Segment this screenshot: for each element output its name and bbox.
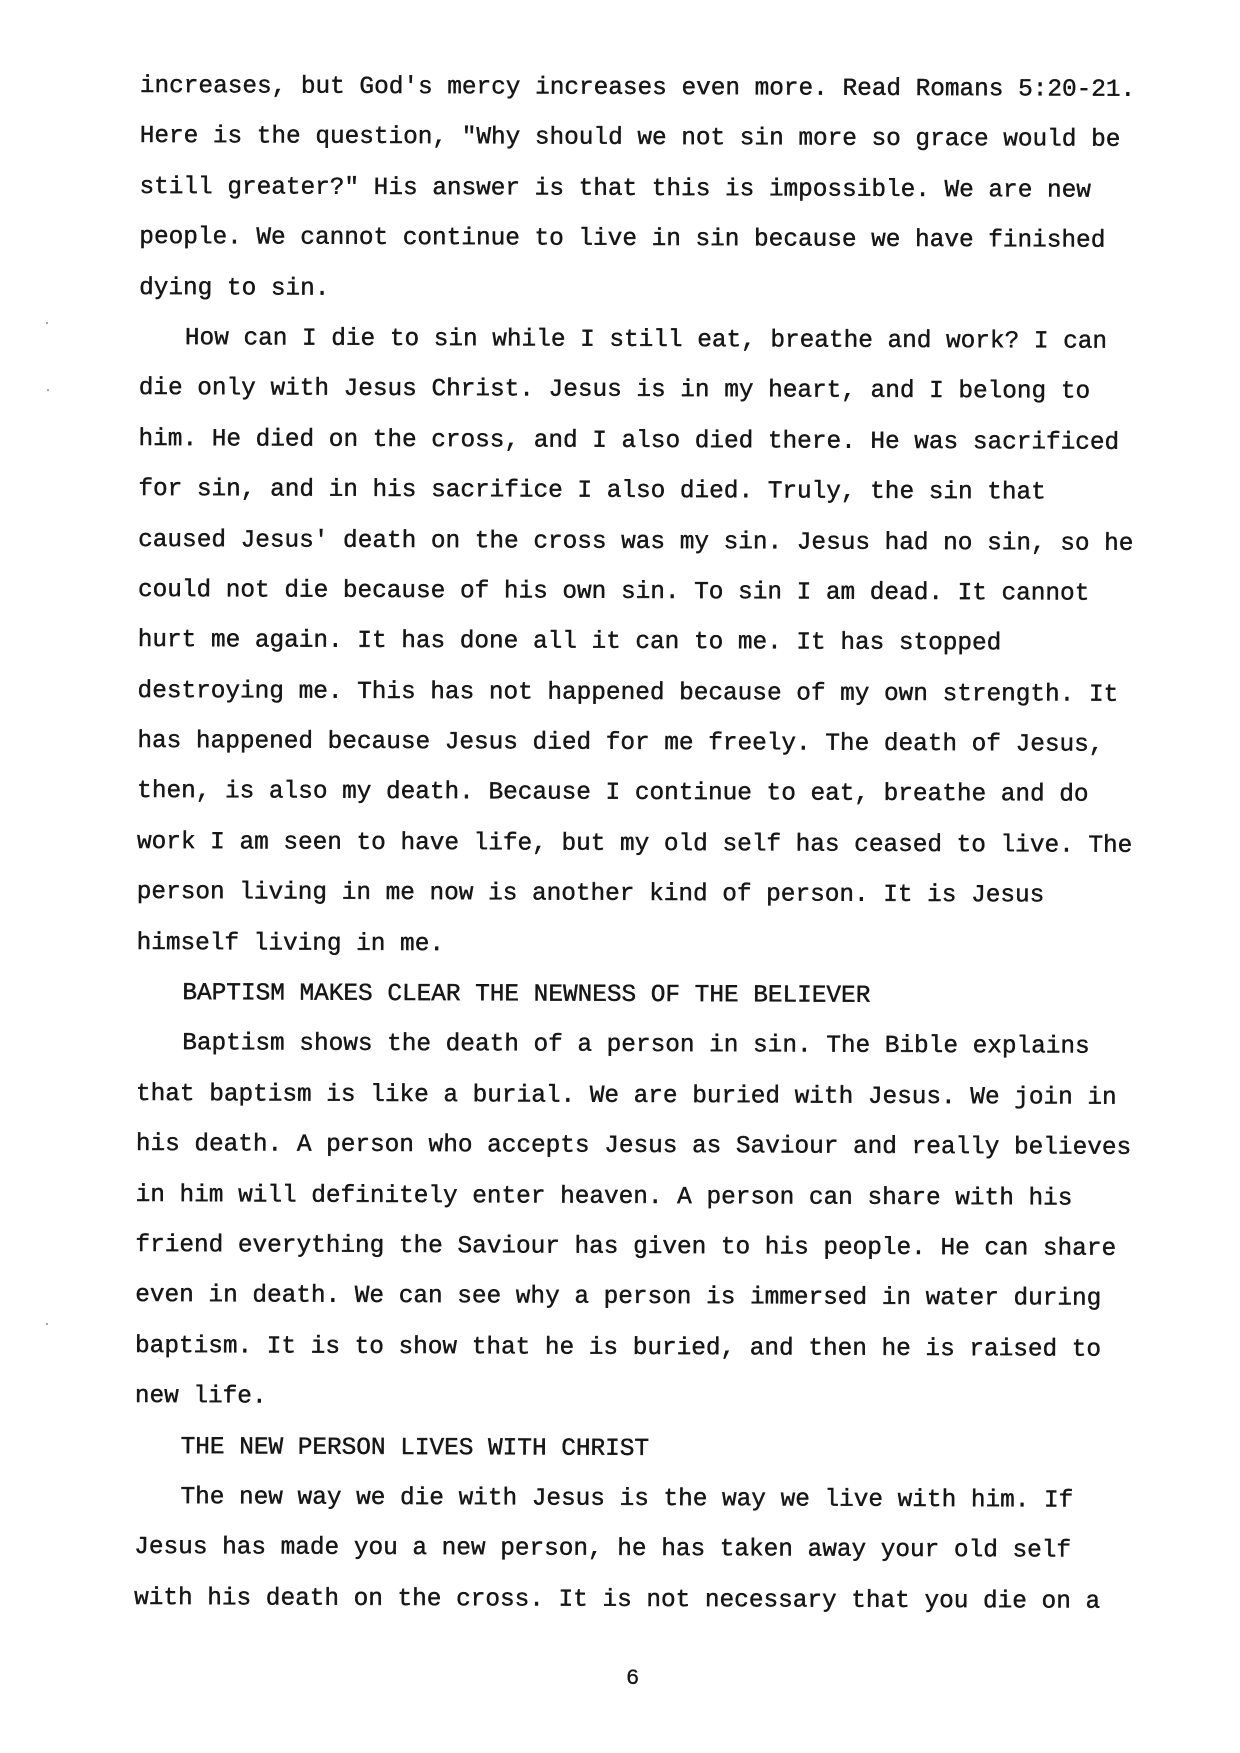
text-line: Jesus has made you a new person, he has … [134, 1523, 1194, 1577]
document-page: increases, but God's mercy increases eve… [0, 0, 1240, 1753]
text-line: himself living in me. [137, 919, 1197, 973]
text-line: work I am seen to have life, but my old … [137, 818, 1197, 872]
text-line: person living in me now is another kind … [137, 868, 1197, 922]
scan-speck [46, 1323, 48, 1325]
text-line: even in death. We can see why a person i… [135, 1271, 1195, 1325]
text-line: How can I die to sin while I still eat, … [139, 314, 1199, 368]
text-line: The new way we die with Jesus is the way… [134, 1473, 1194, 1527]
text-line: still greater?" His answer is that this … [139, 163, 1199, 217]
text-line: that baptism is like a burial. We are bu… [136, 1070, 1196, 1124]
text-line: people. We cannot continue to live in si… [139, 213, 1199, 267]
text-line: Here is the question, "Why should we not… [140, 112, 1200, 166]
text-line: could not die because of his own sin. To… [138, 566, 1198, 620]
text-line: dying to sin. [139, 264, 1199, 318]
text-line: caused Jesus' death on the cross was my … [138, 516, 1198, 570]
text-line: has happened because Jesus died for me f… [137, 717, 1197, 771]
text-line: friend everything the Saviour has given … [135, 1221, 1195, 1275]
text-line: new life. [135, 1372, 1195, 1426]
section-heading: THE NEW PERSON LIVES WITH CHRIST [135, 1423, 1195, 1477]
text-line: baptism. It is to show that he is buried… [135, 1322, 1195, 1376]
page-number: 6 [626, 1666, 639, 1691]
scan-speck [46, 322, 48, 324]
text-line: with his death on the cross. It is not n… [134, 1574, 1194, 1628]
text-line: hurt me again. It has done all it can to… [138, 616, 1198, 670]
text-line: Baptism shows the death of a person in s… [136, 1019, 1196, 1073]
text-line: then, is also my death. Because I contin… [137, 767, 1197, 821]
text-line: his death. A person who accepts Jesus as… [136, 1120, 1196, 1174]
text-line: in him will definitely enter heaven. A p… [136, 1171, 1196, 1225]
text-line: destroying me. This has not happened bec… [137, 667, 1197, 721]
section-heading: BAPTISM MAKES CLEAR THE NEWNESS OF THE B… [136, 969, 1196, 1023]
scan-speck [47, 389, 49, 391]
text-line: him. He died on the cross, and I also di… [138, 415, 1198, 469]
text-line: increases, but God's mercy increases eve… [140, 62, 1200, 116]
text-line: die only with Jesus Christ. Jesus is in … [139, 364, 1199, 418]
text-line: for sin, and in his sacrifice I also die… [138, 465, 1198, 519]
body-text: increases, but God's mercy increases eve… [134, 62, 1200, 1628]
